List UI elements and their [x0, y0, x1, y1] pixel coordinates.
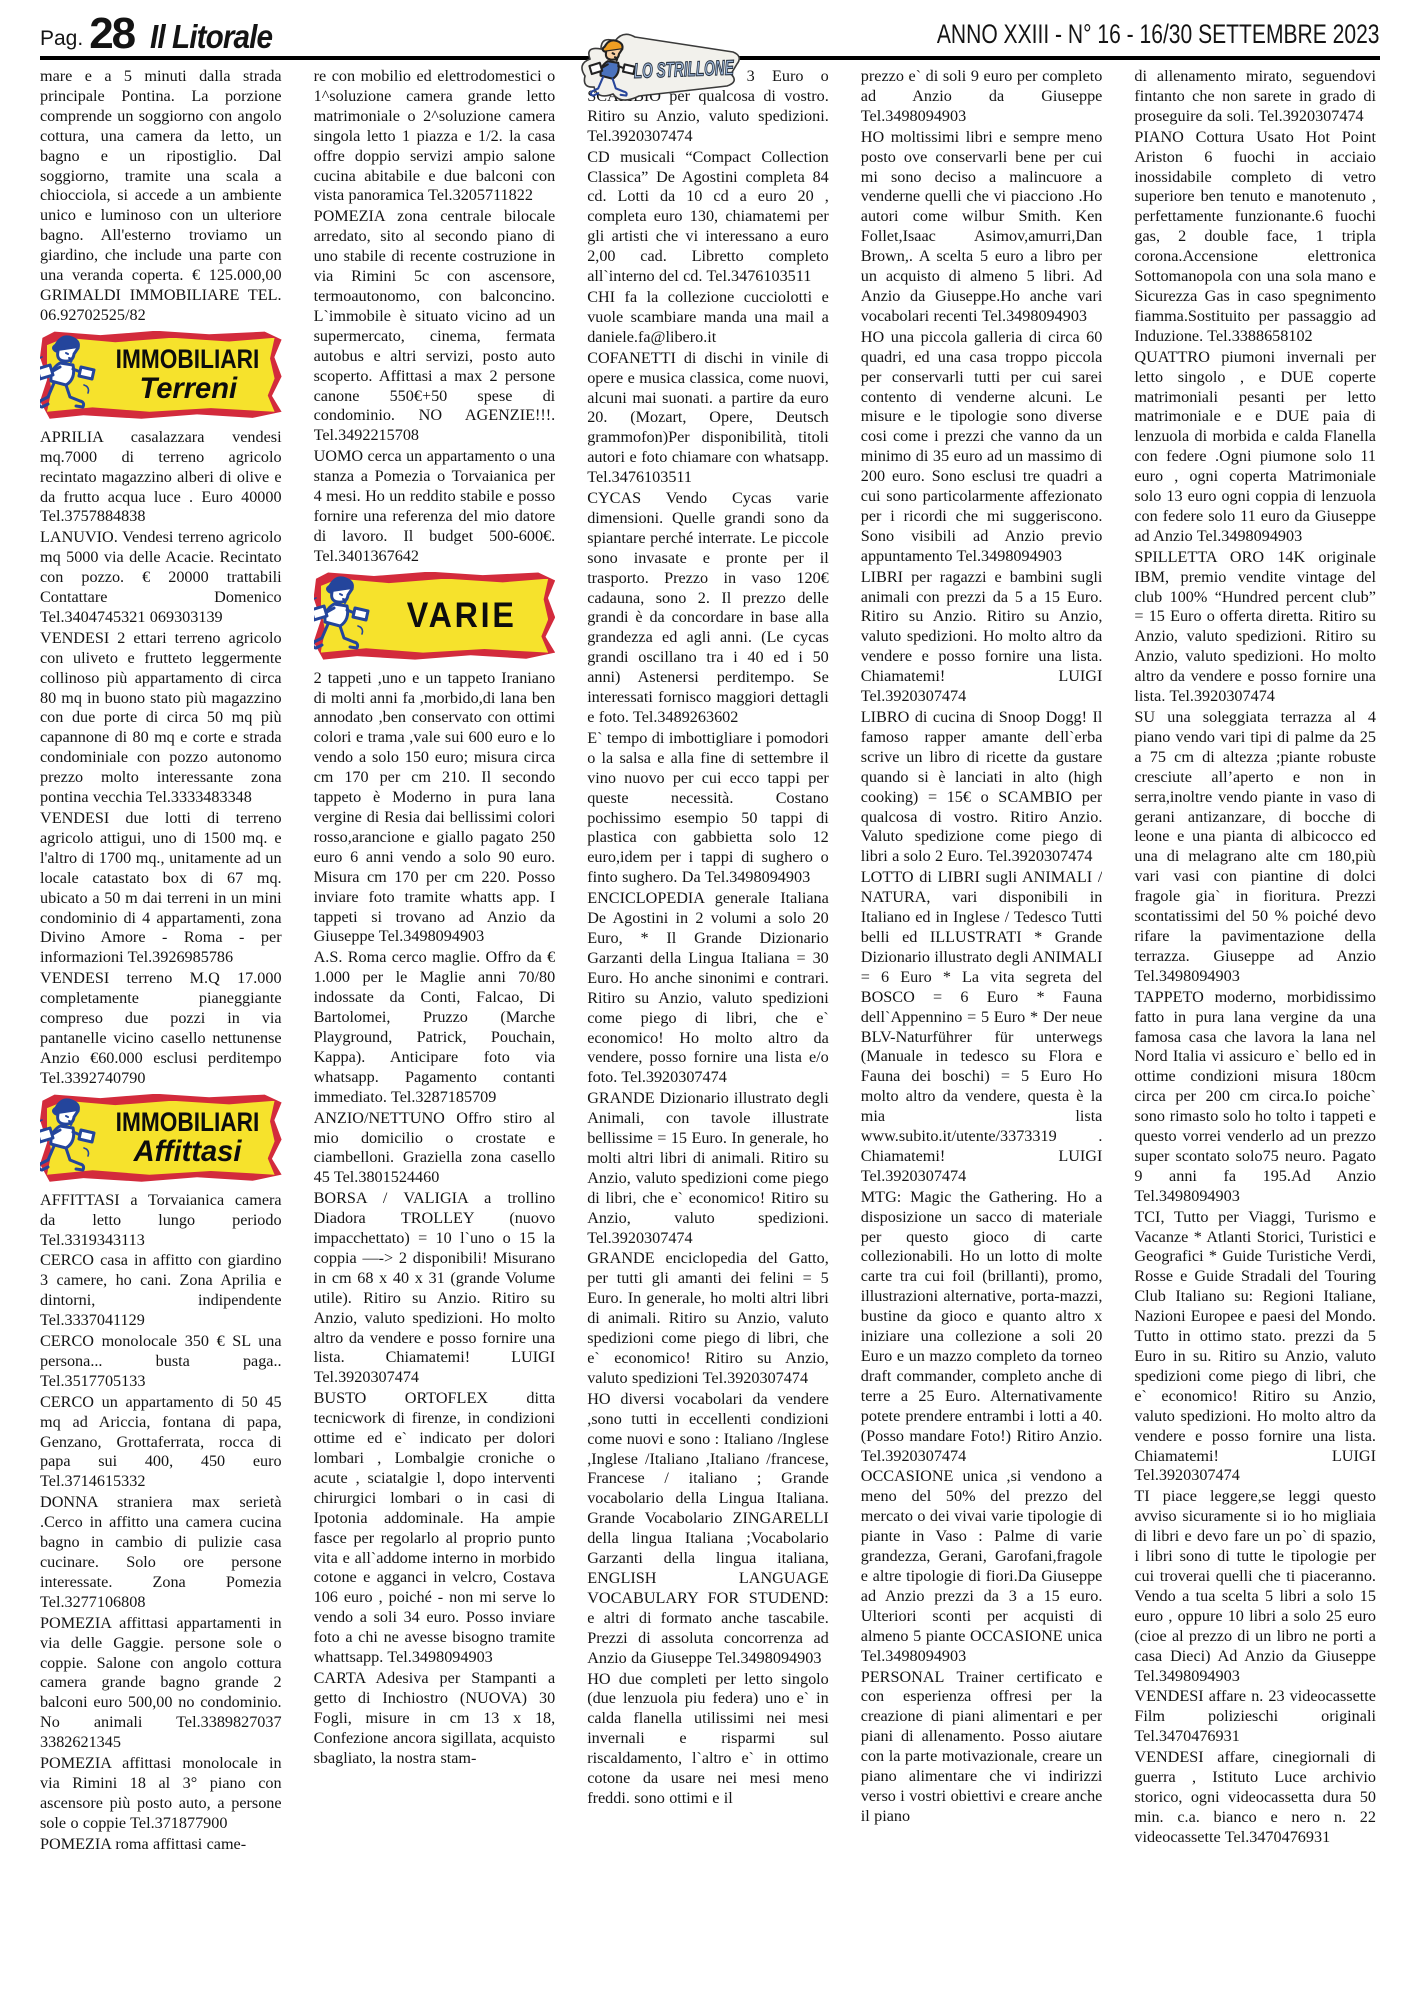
- classified-ad: prezzo e` di soli 9 euro per completo ad…: [861, 67, 1103, 127]
- classified-ad: re con mobilio ed elettrodomestici o 1^s…: [314, 67, 556, 206]
- classified-ad: VENDESI affare, cinegiornali di guerra ,…: [1134, 1748, 1376, 1848]
- classified-ad: POMEZIA affittasi monolocale in via Rimi…: [40, 1754, 282, 1834]
- newsboy-mascot-icon: [314, 572, 372, 660]
- classified-ad: 2 tappeti ,uno e un tappeto Iraniano di …: [314, 669, 556, 948]
- classified-ad: AFFITTASI a Torvaianica camera da letto …: [40, 1191, 282, 1251]
- classified-ad: A.S. Roma cerco maglie. Offro da € 1.000…: [314, 948, 556, 1107]
- classified-ad: POMEZIA zona centrale bilocale arredato,…: [314, 207, 556, 446]
- columns: mare e a 5 minuti dalla strada principal…: [40, 60, 1380, 1958]
- classified-ad: CD musicali “Compact Collection Classica…: [587, 148, 829, 287]
- classified-ad: TI piace leggere,se leggi questo avviso …: [1134, 1487, 1376, 1686]
- classified-ad: LIBRO di cucina di Snoop Dogg! Il famoso…: [861, 708, 1103, 867]
- classified-ad: LIBRI per ragazzi e bambini sugli animal…: [861, 568, 1103, 707]
- classified-ad: E` tempo di imbottigliare i pomodori o l…: [587, 729, 829, 888]
- classified-ad: LOTTO di LIBRI sugli ANIMALI / NATURA, v…: [861, 868, 1103, 1187]
- classified-ad: CERCO un appartamento di 50 45 mq ad Ari…: [40, 1393, 282, 1493]
- classified-ad: VENDESI 2 ettari terreno agricolo con ul…: [40, 629, 282, 808]
- column-3: pante e` laser. = 3 Euro o SCAMBIO per q…: [587, 67, 829, 1958]
- classified-ad: BORSA / VALIGIA a trollino Diadora TROLL…: [314, 1189, 556, 1388]
- classified-ad: LANUVIO. Vendesi terreno agricolo mq 500…: [40, 528, 282, 628]
- classified-ad: DONNA straniera max serietà .Cerco in af…: [40, 1493, 282, 1612]
- lo-strillone-logo: LO STRILLONE: [575, 28, 745, 112]
- newsboy-mascot-icon: [40, 331, 98, 419]
- column-4: prezzo e` di soli 9 euro per completo ad…: [861, 67, 1103, 1958]
- classified-ad: VENDESI affare n. 23 videocassette Film …: [1134, 1687, 1376, 1747]
- newsboy-mascot-icon: [40, 1094, 98, 1182]
- classified-ad: POMEZIA roma affittasi came-: [40, 1835, 282, 1855]
- classified-ad: HO moltissimi libri e sempre meno posto …: [861, 128, 1103, 327]
- classified-ad: PERSONAL Trainer certificato e con esper…: [861, 1668, 1103, 1827]
- classified-ad: GRANDE Dizionario illustrato degli Anima…: [587, 1089, 829, 1248]
- section-banner-varie: VARIE: [314, 572, 556, 660]
- logo-text: LO STRILLONE: [633, 56, 734, 82]
- classified-ad: HO una piccola galleria di circa 60 quad…: [861, 328, 1103, 567]
- classified-ad: OCCASIONE unica ,si vendono a meno del 5…: [861, 1467, 1103, 1666]
- classified-ad: COFANETTI di dischi in vinile di opere e…: [587, 349, 829, 488]
- classified-ad: QUATTRO piumoni invernali per letto sing…: [1134, 348, 1376, 547]
- classified-ad: CHI fa la collezione cucciolotti e vuole…: [587, 288, 829, 348]
- column-5: di allenamento mirato, seguendovi fintan…: [1134, 67, 1376, 1958]
- classified-ad: ENCICLOPEDIA generale Italiana De Agosti…: [587, 889, 829, 1088]
- section-banner-affittasi: IMMOBILIARI Affittasi: [40, 1094, 282, 1182]
- classified-ad: APRILIA casalazzara vendesi mq.7000 di t…: [40, 428, 282, 528]
- issue-info: ANNO XXIII - N° 16 - 16/30 SETTEMBRE 202…: [937, 21, 1380, 52]
- classified-ad: TAPPETO moderno, morbidissimo fatto in p…: [1134, 988, 1376, 1207]
- classified-ad: PIANO Cottura Usato Hot Point Ariston 6 …: [1134, 128, 1376, 347]
- classified-ad: SU una soleggiata terrazza al 4 piano ve…: [1134, 708, 1376, 987]
- banner-subtitle: Terreni: [139, 373, 237, 404]
- banner-title: VARIE: [406, 598, 516, 634]
- classified-ad: UOMO cerca un appartamento o una stanza …: [314, 447, 556, 566]
- classified-ad: mare e a 5 minuti dalla strada principal…: [40, 67, 282, 326]
- classified-ad: SPILLETTA ORO 14K originale IBM, premio …: [1134, 548, 1376, 707]
- classified-ad: GRANDE enciclopedia del Gatto, per tutti…: [587, 1249, 829, 1388]
- section-banner-terreni: IMMOBILIARI Terreni: [40, 331, 282, 419]
- lo-strillone-logo-art: LO STRILLONE: [575, 28, 745, 112]
- classified-ad: CERCO monolocale 350 € SL una persona...…: [40, 1332, 282, 1392]
- classified-ad: CYCAS Vendo Cycas varie dimensioni. Quel…: [587, 489, 829, 728]
- classified-ad: TCI, Tutto per Viaggi, Turismo e Vacanze…: [1134, 1208, 1376, 1487]
- masthead-title: Il Litorale: [150, 22, 272, 52]
- banner-title: IMMOBILIARI: [116, 1108, 260, 1136]
- newspaper-page: Pag. 28 Il Litorale ANNO XXIII - N° 16 -…: [0, 0, 1420, 2000]
- classified-ad: di allenamento mirato, seguendovi fintan…: [1134, 67, 1376, 127]
- masthead-left: Pag. 28 Il Litorale: [40, 16, 286, 52]
- classified-ad: MTG: Magic the Gathering. Ho a disposizi…: [861, 1188, 1103, 1467]
- classified-ad: HO due completi per letto singolo (due l…: [587, 1670, 829, 1809]
- page-label: Pag.: [40, 28, 83, 52]
- classified-ad: VENDESI due lotti di terreno agricolo at…: [40, 809, 282, 968]
- banner-title: IMMOBILIARI: [116, 345, 260, 373]
- classified-ad: HO diversi vocabolari da vendere ,sono t…: [587, 1390, 829, 1669]
- page-number: 28: [89, 16, 134, 52]
- classified-ad: VENDESI terreno M.Q 17.000 completamente…: [40, 969, 282, 1088]
- classified-ad: CERCO casa in affitto con giardino 3 cam…: [40, 1251, 282, 1331]
- classified-ad: ANZIO/NETTUNO Offro stiro al mio domicil…: [314, 1109, 556, 1189]
- classified-ad: POMEZIA affittasi appartamenti in via de…: [40, 1614, 282, 1753]
- classified-ad: BUSTO ORTOFLEX ditta tecnicwork di firen…: [314, 1389, 556, 1668]
- banner-subtitle: Affittasi: [134, 1136, 242, 1167]
- column-1: mare e a 5 minuti dalla strada principal…: [40, 67, 282, 1958]
- classified-ad: CARTA Adesiva per Stampanti a getto di I…: [314, 1669, 556, 1769]
- column-2: re con mobilio ed elettrodomestici o 1^s…: [314, 67, 556, 1958]
